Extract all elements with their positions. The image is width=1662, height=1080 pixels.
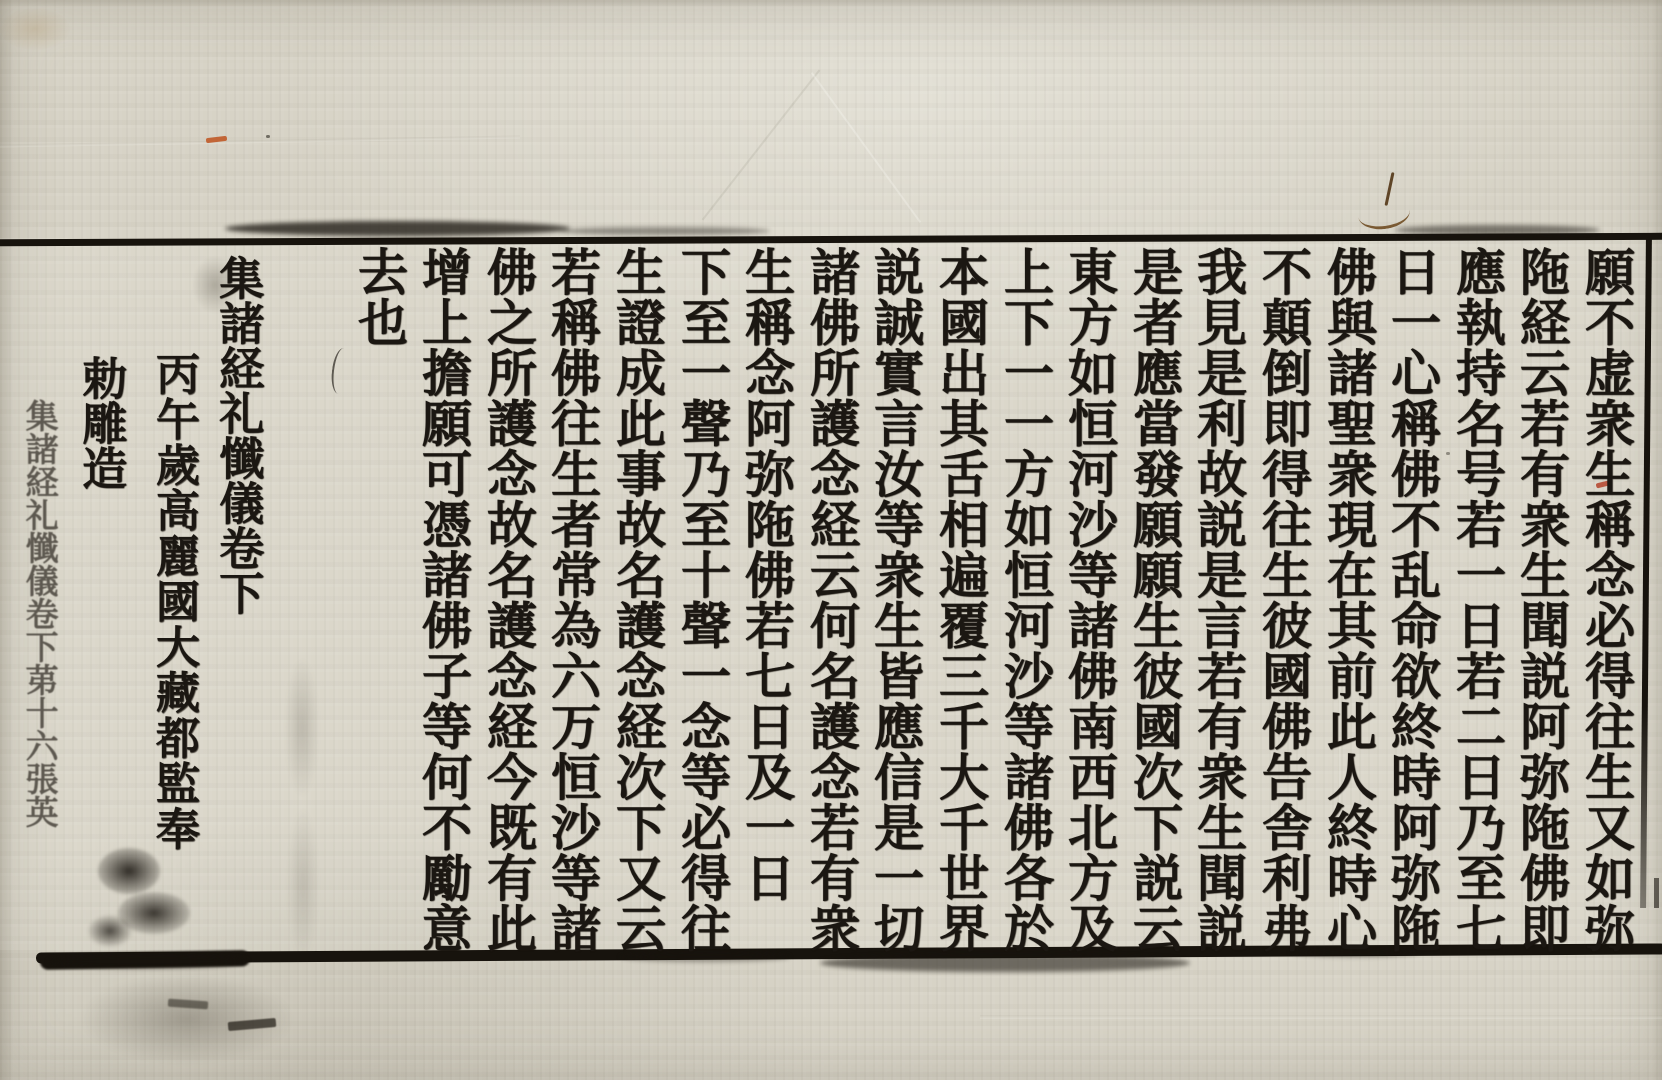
ink-smudge-top-right	[1395, 225, 1600, 235]
ink-blob-lower-left-3	[88, 915, 132, 947]
ghost-print-smudge-2	[288, 810, 318, 960]
main-text-column-20: 去也	[346, 246, 411, 976]
right-border-rule-lower	[1654, 878, 1659, 908]
margin-sheet-carver-column: 集諸経礼懺儀卷下苐十六張英	[20, 399, 60, 849]
colophon-column-2: 勅雕造	[72, 355, 128, 515]
colophon-column-1: 丙午歲高麗國大藏都監奉	[146, 351, 201, 871]
main-text-column-1: 願不虚衆生稱念必得往生又如弥	[1573, 246, 1638, 976]
main-text-column-4: 日一心稱佛不乱命欲終時阿弥陁	[1379, 246, 1444, 976]
main-text-column-6: 不顛倒即得往生彼國佛告舎利弗	[1250, 246, 1315, 976]
orange-fleck	[206, 136, 227, 144]
main-text-column-14: 生稱念阿弥陁佛若七日及一日	[733, 246, 798, 976]
main-text-column-16: 生證成此事故名護念経次下又云	[604, 246, 669, 976]
ink-smudge-top-left	[225, 221, 570, 236]
main-text-column-11: 本國出其舌相遍覆三千大千世界	[927, 246, 992, 976]
main-text-column-15: 下至一聲乃至十聲一念等必得往	[669, 246, 734, 976]
main-text-column-7: 我見是利故説是言若有衆生聞説	[1185, 246, 1250, 976]
main-text-column-2: 陁経云若有衆生聞説阿弥陁佛即	[1508, 246, 1573, 976]
crease-horizontal-1	[0, 135, 520, 147]
main-text-column-3: 應執持名号若一日若二日乃至七	[1444, 246, 1509, 976]
ink-bleed-bottom-left	[48, 955, 248, 968]
main-text-column-10: 上下一一方如恒河沙等諸佛各於	[992, 246, 1057, 976]
paper-sheet: 願不虚衆生稱念必得往生又如弥 陁経云若有衆生聞説阿弥陁佛即 應執持名号若一日若二…	[0, 0, 1662, 1080]
main-text-column-17: 若稱佛往生者常為六万恒沙等諸	[539, 246, 604, 976]
crease-horizontal-2	[980, 1015, 1662, 1019]
tan-streak-top-left	[0, 8, 70, 50]
main-text-column-8: 是者應當發願願生彼國次下説云	[1121, 246, 1186, 976]
main-text-column-18: 佛之所護念故名護念経今既有此	[475, 246, 540, 976]
crease-diagonal-1	[702, 70, 821, 221]
main-text-column-5: 佛與諸聖衆現在其前此人終時心	[1315, 246, 1380, 976]
main-text-column-9: 東方如恒河沙等諸佛南西北方及	[1056, 246, 1121, 976]
right-border-rule	[1640, 238, 1652, 908]
main-text-column-13: 諸佛所護念経云何名護念若有衆	[798, 246, 863, 976]
end-title-column: 集諸経礼懺儀卷下	[209, 255, 265, 635]
crease-diagonal-2	[811, 72, 921, 223]
ink-smudge-top-mid	[560, 227, 770, 235]
scanned-page: { "page": { "main_text_columns": [ "願不虚衆…	[0, 0, 1662, 1080]
fiber-hair-mark	[1356, 195, 1412, 233]
top-border-rule	[0, 233, 1662, 246]
main-text-column-19: 增上擔願可憑諸佛子等何不勵意	[410, 246, 475, 976]
main-text-column-12: 説誠實言汝等衆生皆應信是一切	[862, 246, 927, 976]
ghost-print-smudge-1	[286, 660, 318, 795]
tiny-speck-3	[266, 135, 270, 138]
